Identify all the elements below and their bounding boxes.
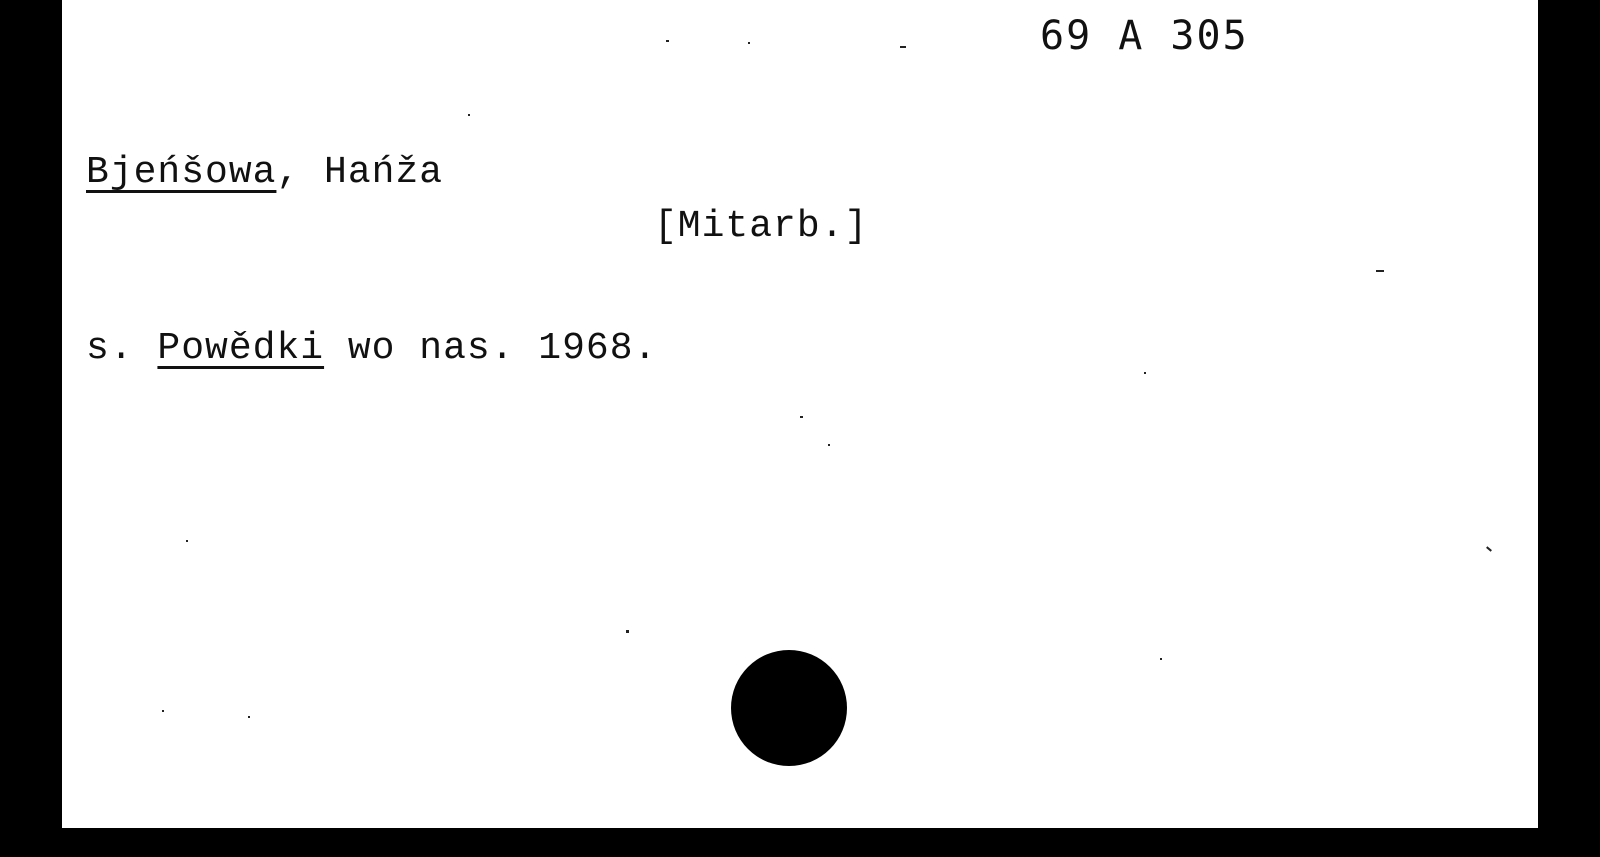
scan-speck xyxy=(1486,546,1492,551)
scan-speck xyxy=(828,444,830,446)
catalog-card: 69 A 305 Bjeńšowa, Hańža [Mitarb.] s. Po… xyxy=(62,0,1538,828)
author-heading: Bjeńšowa, Hańža xyxy=(86,154,443,192)
scan-speck xyxy=(1144,372,1146,374)
reference-title: Powědki xyxy=(157,327,324,370)
scan-speck xyxy=(1376,270,1384,272)
scan-speck xyxy=(666,40,669,42)
scan-speck xyxy=(748,42,750,44)
author-surname: Bjeńšowa xyxy=(86,151,276,194)
scan-speck xyxy=(1160,658,1162,660)
reference-prefix: s. xyxy=(86,327,157,370)
author-role: [Mitarb.] xyxy=(654,208,868,246)
reference-details: wo nas. 1968. xyxy=(324,327,657,370)
scan-speck xyxy=(626,630,629,633)
author-separator: , xyxy=(276,151,324,194)
scan-speck xyxy=(800,416,803,418)
scan-speck xyxy=(468,114,470,116)
call-number: 69 A 305 xyxy=(1040,16,1249,56)
see-reference: s. Powědki wo nas. 1968. xyxy=(86,330,657,368)
scan-speck xyxy=(248,716,250,718)
scan-speck xyxy=(186,540,188,542)
punch-hole xyxy=(731,650,847,766)
scan-speck xyxy=(900,46,906,48)
scan-speck xyxy=(162,710,164,712)
author-given-name: Hańža xyxy=(324,151,443,194)
